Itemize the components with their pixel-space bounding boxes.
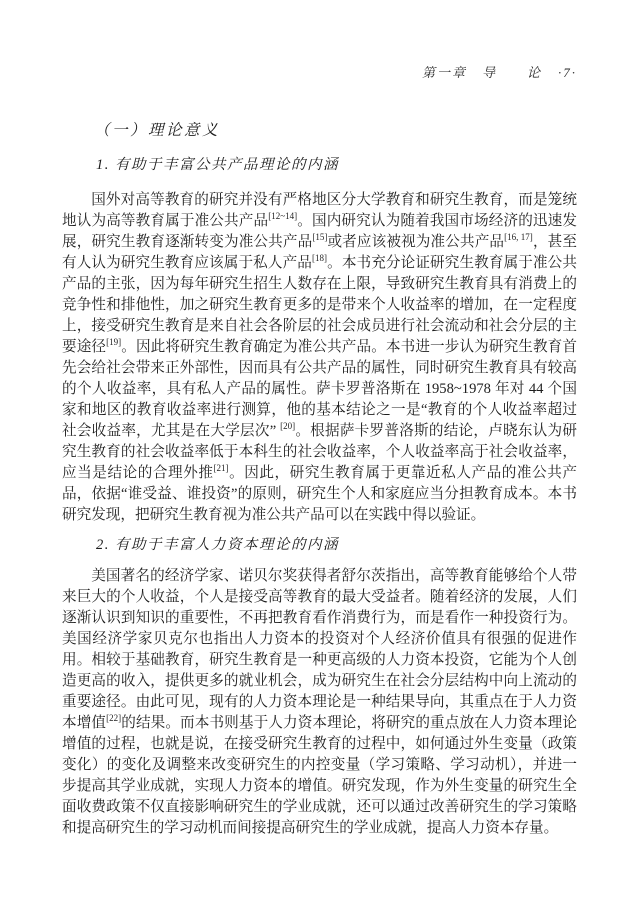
running-header: 第一章 导 论 ·7· <box>62 64 577 81</box>
page-number: ·7· <box>558 64 577 81</box>
citation-ref: [20] <box>280 421 295 431</box>
subsection-2-heading: 2. 有助于丰富人力资本理论的内涵 <box>62 538 577 553</box>
subsection-1-heading: 1. 有助于丰富公共产品理论的内涵 <box>62 158 577 173</box>
citation-ref: [15] <box>312 232 327 242</box>
citation-ref: [12~14] <box>268 211 297 221</box>
citation-ref: [18] <box>312 253 327 263</box>
citation-ref: [16, 17] <box>504 232 533 242</box>
running-header-chapter-title: 第一章 导 论 <box>422 64 542 81</box>
paragraph-human-capital-theory: 美国著名的经济学家、诺贝尔奖获得者舒尔茨指出，高等教育能够给个人带来巨大的个人收… <box>62 566 577 839</box>
section-heading: （一）理论意义 <box>62 121 577 140</box>
citation-ref: [22] <box>106 713 121 723</box>
book-page: 第一章 导 论 ·7· （一）理论意义 1. 有助于丰富公共产品理论的内涵 国外… <box>0 0 638 902</box>
paragraph-public-goods-theory: 国外对高等教育的研究并没有严格地区分大学教育和研究生教育，而是笼统地认为高等教育… <box>62 190 577 526</box>
citation-ref: [19] <box>106 337 121 347</box>
citation-ref: [21] <box>214 463 229 473</box>
